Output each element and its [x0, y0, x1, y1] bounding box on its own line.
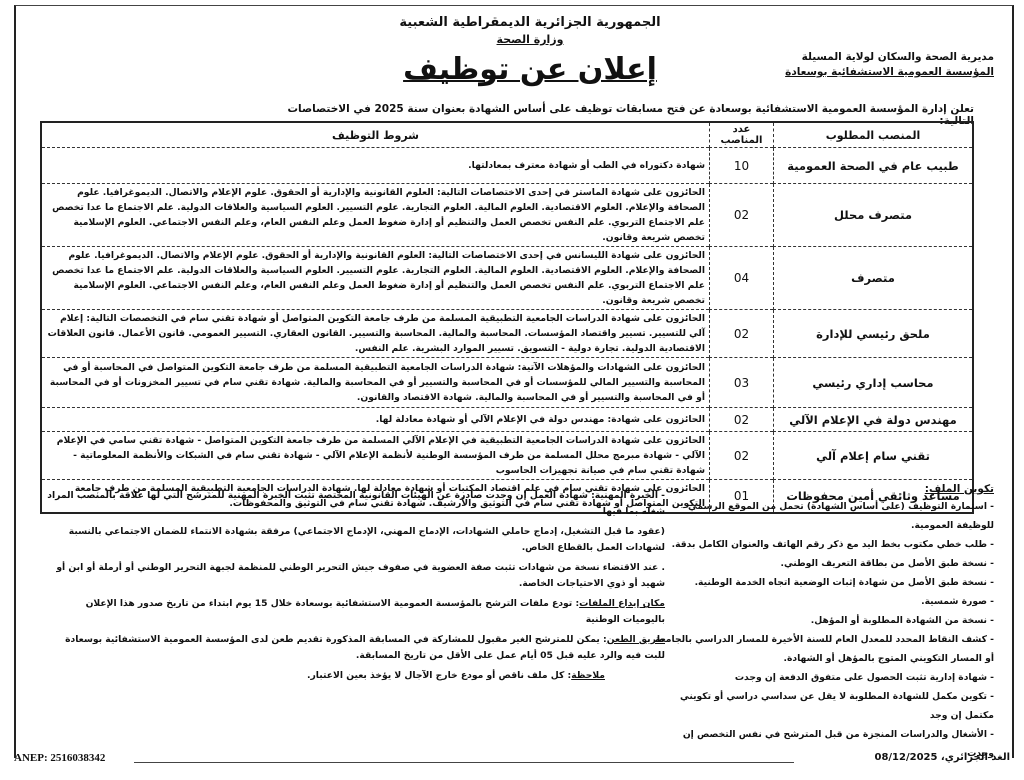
ministry-name: وزارة الصحة: [380, 32, 680, 48]
table-row: متصرف 04 الحائزون على شهادة الليسانس في …: [41, 247, 973, 310]
contracts-note: (عقود ما قبل التشغيل، إدماج حاملي الشهاد…: [45, 524, 665, 556]
file-composition: تكوين الملف: - استمارة التوظيف (على أساس…: [654, 483, 994, 763]
page-title: إعلان عن توظيف: [380, 48, 680, 92]
newspaper-date: الغد الجزائري، 08/12/2025: [874, 752, 1010, 763]
remark-label: ملاحظة: [571, 670, 605, 681]
post-count: 02: [710, 408, 774, 432]
anep-code: ANEP: 2516038342: [14, 752, 105, 764]
post-conditions: الحائزون على شهادة الدراسات الجامعية الت…: [41, 432, 710, 480]
list-item: - نسخة من الشهادة المطلوبة أو المؤهل.: [654, 611, 994, 630]
footer-left: ANEP: 2516038342: [14, 752, 105, 764]
list-item: - طلب خطي مكتوب بخط اليد مع ذكر رقم الها…: [654, 535, 994, 554]
table-row: متصرف محلل 02 الحائزون على شهادة الماستر…: [41, 184, 973, 247]
col-header-post: المنصب المطلوب: [774, 122, 974, 148]
army-note: . عند الاقتضاء نسخة من شهادات تثبت صفة ا…: [45, 560, 665, 592]
post-conditions: شهادة دكتوراه في الطب أو شهادة معترف بمع…: [41, 148, 710, 184]
post-conditions: الحائزون على شهادة الليسانس في إحدى الاخ…: [41, 247, 710, 310]
list-item: أو المسار التكويني المتوج بالمؤهل أو الش…: [654, 649, 994, 668]
post-name: محاسب إداري رئيسي: [774, 358, 974, 408]
post-name: متصرف محلل: [774, 184, 974, 247]
appeal-text: : يمكن للمترشح الغير مقبول للمشاركة في ا…: [65, 634, 665, 661]
remark-note: ملاحظة: كل ملف ناقص أو مودع خارج الآجال …: [45, 668, 605, 684]
table-header-row: المنصب المطلوب عدد المناصب شروط التوظيف: [41, 122, 973, 148]
table-row: طبيب عام في الصحة العمومية 10 شهادة دكتو…: [41, 148, 973, 184]
file-composition-heading: تكوين الملف:: [654, 483, 994, 495]
appeal-note: طريق الطعن: يمكن للمترشح الغير مقبول للم…: [45, 632, 665, 664]
col-header-conditions: شروط التوظيف: [41, 122, 710, 148]
post-count: 02: [710, 310, 774, 358]
table-row: محاسب إداري رئيسي 03 الحائزون على الشهاد…: [41, 358, 973, 408]
post-count: 04: [710, 247, 774, 310]
post-conditions: الحائزون على شهادة الماستر في إحدى الاخت…: [41, 184, 710, 247]
col-header-count: عدد المناصب: [710, 122, 774, 148]
republic-name: الجمهورية الجزائرية الديمقراطية الشعبية: [380, 14, 680, 32]
post-count: 10: [710, 148, 774, 184]
post-name: مهندس دولة في الإعلام الآلي: [774, 408, 974, 432]
deposit-note: مكان إيداع الملفات: تودع ملفات الترشح با…: [45, 596, 665, 628]
list-item: - صورة شمسية.: [654, 592, 994, 611]
list-item: - تكوين مكمل للشهادة المطلوبة لا يقل عن …: [654, 687, 994, 725]
table-row: مهندس دولة في الإعلام الآلي 02 الحائزون …: [41, 408, 973, 432]
directorate-name: مديرية الصحة والسكان لولاية المسيلة: [764, 50, 994, 65]
header-right: مديرية الصحة والسكان لولاية المسيلة المؤ…: [764, 50, 994, 80]
post-conditions: الحائزون على شهادة الدراسات الجامعية الت…: [41, 310, 710, 358]
post-conditions: الحائزون على الشهادات والمؤهلات الآتية: …: [41, 358, 710, 408]
deposit-label: مكان إيداع الملفات: [579, 598, 665, 609]
list-item: - شهادة إدارية تثبت الحصول على متفوق الد…: [654, 668, 994, 687]
header-center: الجمهورية الجزائرية الديمقراطية الشعبية …: [380, 14, 680, 92]
table-row: تقني سام إعلام آلي 02 الحائزون على شهادة…: [41, 432, 973, 480]
notes-section: - الخبرة المهنية: شهادة العمل إن وجدت صا…: [45, 488, 665, 688]
post-name: ملحق رئيسي للإدارة: [774, 310, 974, 358]
post-count: 02: [710, 184, 774, 247]
post-conditions: الحائزون على شهادة: مهندس دولة في الإعلا…: [41, 408, 710, 432]
file-composition-list: - استمارة التوظيف (على أساس الشهادة) تحم…: [654, 497, 994, 763]
institution-name: المؤسسة العمومية الاستشفائية بوسعادة: [764, 65, 994, 80]
post-name: متصرف: [774, 247, 974, 310]
list-item: - نسخة طبق الأصل من شهادة إثبات الوضعية …: [654, 573, 994, 592]
table-row: ملحق رئيسي للإدارة 02 الحائزون على شهادة…: [41, 310, 973, 358]
positions-table: المنصب المطلوب عدد المناصب شروط التوظيف …: [40, 121, 974, 514]
remark-text: : كل ملف ناقص أو مودع خارج الآجال لا يؤخ…: [307, 670, 571, 681]
list-item: - استمارة التوظيف (على أساس الشهادة) تحم…: [654, 497, 994, 535]
post-name: طبيب عام في الصحة العمومية: [774, 148, 974, 184]
experience-note: - الخبرة المهنية: شهادة العمل إن وجدت صا…: [45, 488, 665, 520]
post-count: 03: [710, 358, 774, 408]
post-name: تقني سام إعلام آلي: [774, 432, 974, 480]
footer-divider: [134, 762, 794, 763]
list-item: - نسخة طبق الأصل من بطاقة التعريف الوطني…: [654, 554, 994, 573]
list-item: - كشف النقاط المحدد للمعدل العام للسنة ا…: [654, 630, 994, 649]
post-count: 02: [710, 432, 774, 480]
